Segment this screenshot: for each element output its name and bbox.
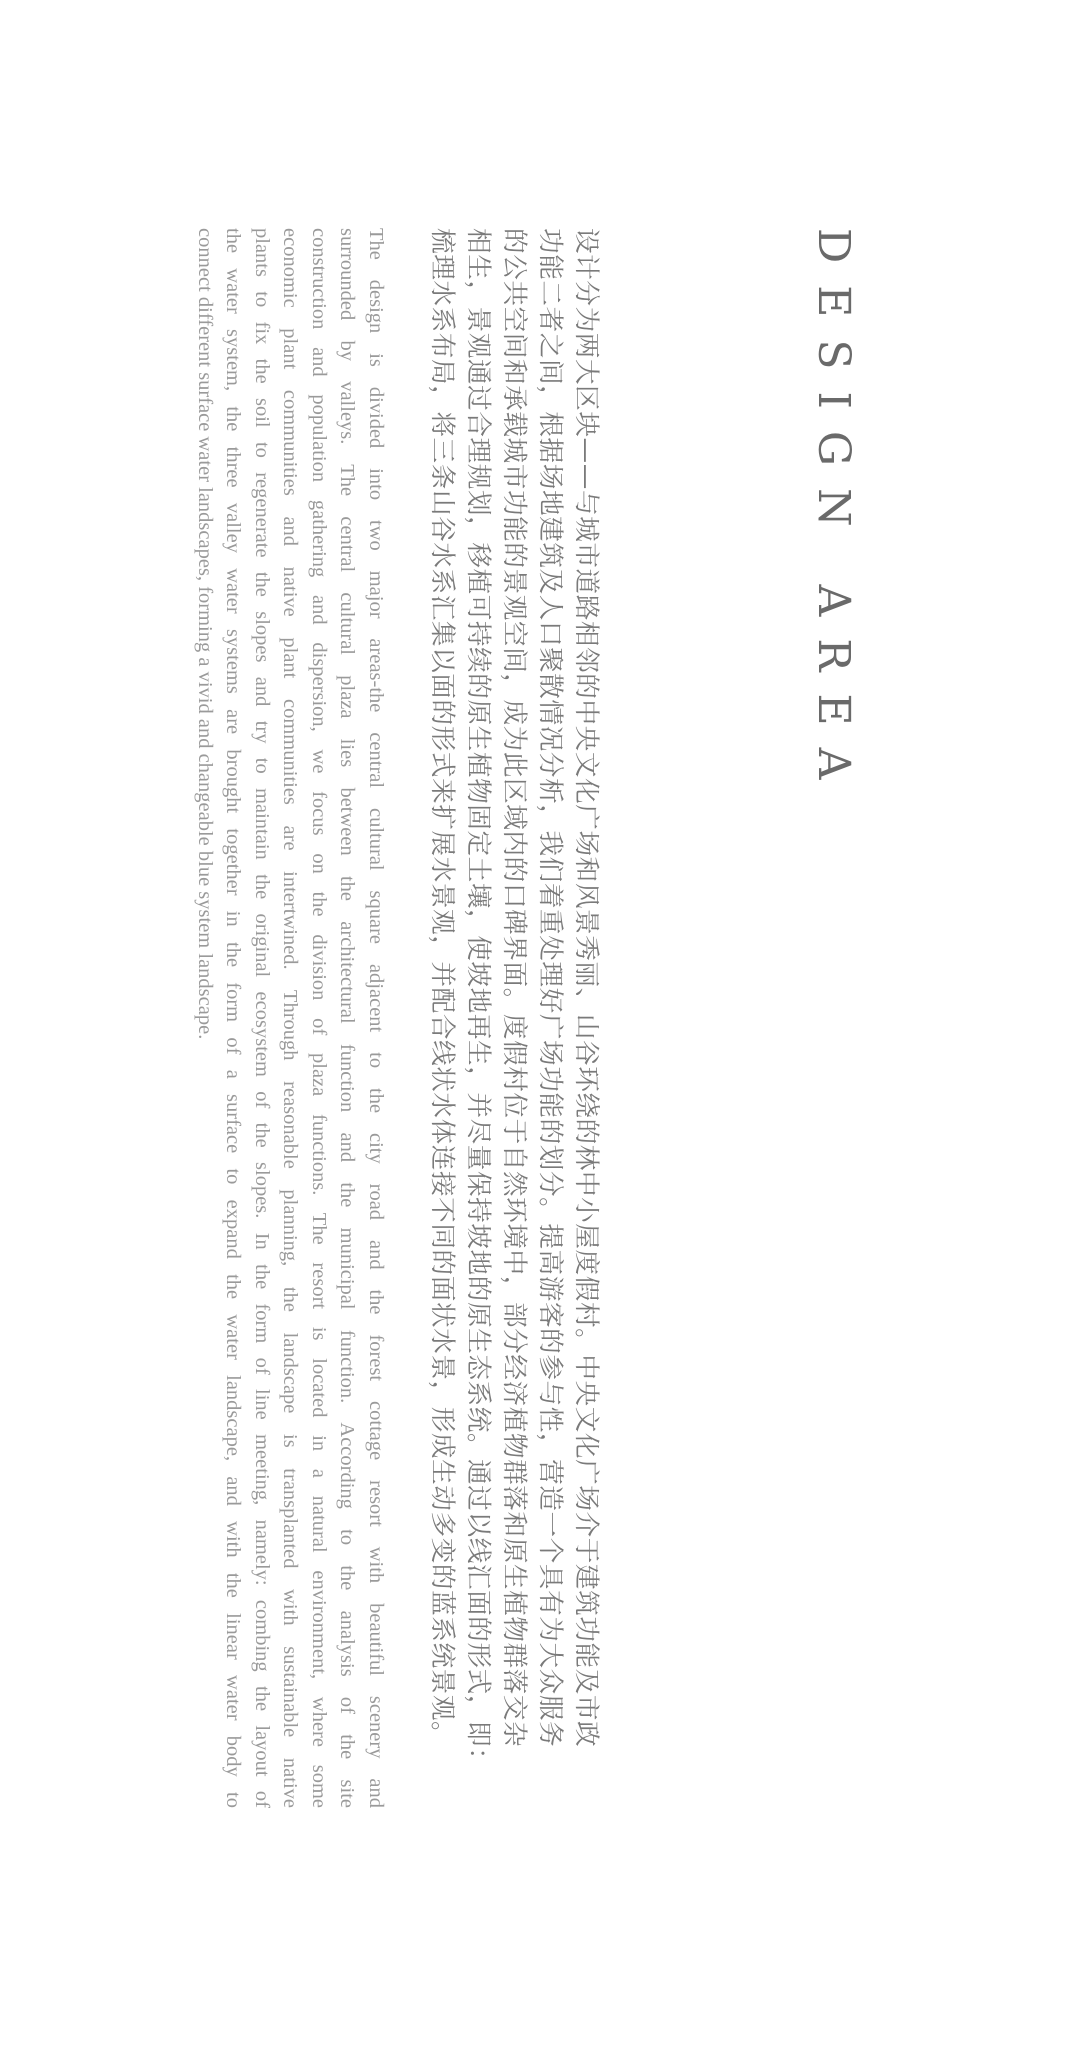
chinese-line: 的公共空间和承载城市功能的景观空间，成为此区域内的口碑界面。度假村位于自然环境中… [496, 228, 532, 1818]
page-title: DESIGN AREA [811, 228, 855, 801]
chinese-line: 功能二者之间，根据场地建筑及人口聚散情况分析，我们着重处理好广场功能的划分。提高… [532, 228, 568, 1818]
rotated-page: DESIGN AREA 设计分为两大区块——与城市道路相邻的中央文化广场和风景秀… [0, 0, 1080, 2059]
english-line: construction and population gathering an… [305, 228, 334, 1808]
chinese-paragraph: 设计分为两大区块——与城市道路相邻的中央文化广场和风景秀丽、山谷环绕的林中小屋度… [424, 228, 604, 1818]
chinese-line: 相生，景观通过合理规划，移植可持续的原生植物固定土壤，使坡地再生，并尽量保持坡地… [460, 228, 496, 1818]
english-line: plants to fix the soil to regenerate the… [248, 228, 277, 1808]
chinese-line: 设计分为两大区块——与城市道路相邻的中央文化广场和风景秀丽、山谷环绕的林中小屋度… [568, 228, 604, 1818]
chinese-line: 梳理水系布局，将三条山谷水系汇集以面的形式来扩展水景观，并配合线状水体连接不同的… [424, 228, 460, 1818]
english-line: economic plant communities and native pl… [276, 228, 305, 1808]
english-line: connect different surface water landscap… [191, 228, 220, 1808]
english-line: surrounded by valleys. The central cultu… [333, 228, 362, 1808]
english-line: the water system, the three valley water… [219, 228, 248, 1808]
english-line: The design is divided into two major are… [362, 228, 391, 1808]
english-paragraph: The design is divided into two major are… [191, 228, 391, 1808]
